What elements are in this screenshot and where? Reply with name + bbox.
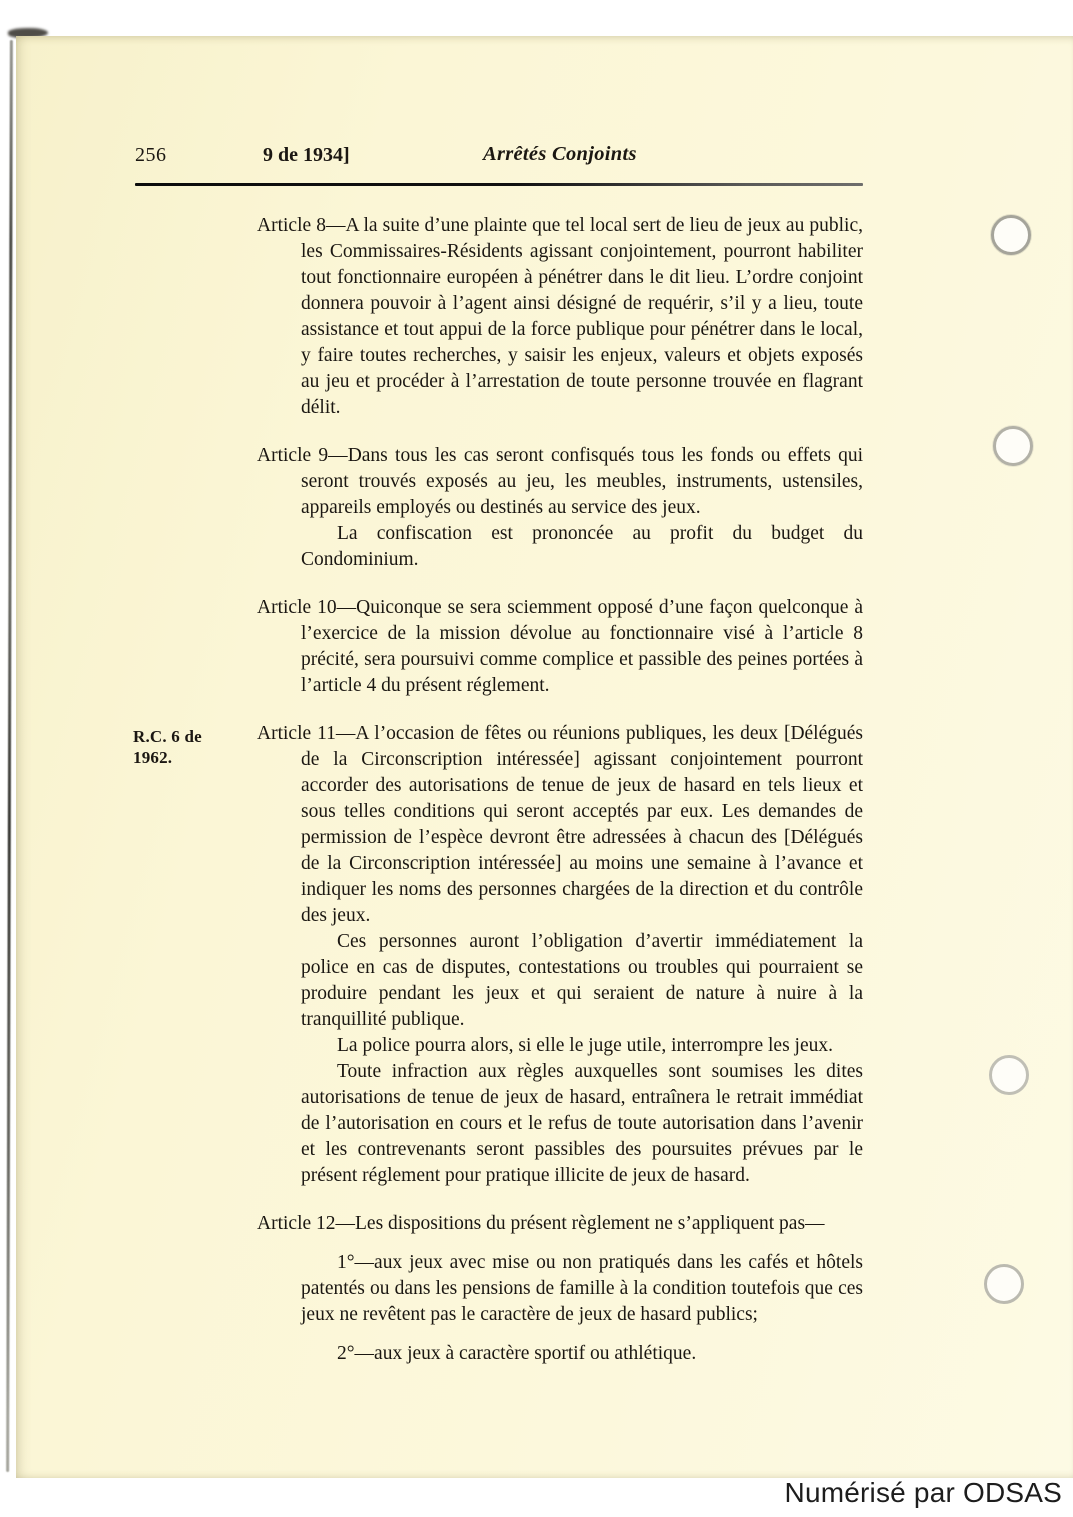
document-page: 256 9 de 1934] Arrêtés Conjoints R.C. 6 … <box>16 36 1073 1478</box>
article-subparagraph: Ces personnes auront l’obligation d’aver… <box>301 929 863 1033</box>
article-paragraph: Article 8—A la suite d’une plainte que t… <box>257 213 863 421</box>
article-label: Article 10— <box>257 597 356 618</box>
article-subparagraph: La confiscation est prononcée au profit … <box>301 521 863 573</box>
article-paragraph: Article 9—Dans tous les cas seront confi… <box>257 443 863 521</box>
article-paragraph: Article 12—Les dispositions du présent r… <box>257 1211 863 1237</box>
margin-note-line2: 1962. <box>133 747 233 768</box>
article-subparagraph: Toute infraction aux règles auxquelles s… <box>301 1059 863 1189</box>
margin-note-line1: R.C. 6 de <box>133 726 233 747</box>
article-text: Quiconque se sera sciemment opposé d’une… <box>301 597 863 696</box>
page-title: Arrêtés Conjoints <box>483 143 637 166</box>
page-number: 256 <box>135 144 167 167</box>
article-paragraph: Article 11—A l’occasion de fêtes ou réun… <box>257 721 863 929</box>
article-11: Article 11—A l’occasion de fêtes ou réun… <box>257 721 863 1189</box>
article-text: Les dispositions du présent règlement ne… <box>355 1213 825 1234</box>
margin-note: R.C. 6 de 1962. <box>133 726 233 768</box>
document-body: Article 8—A la suite d’une plainte que t… <box>257 213 863 1389</box>
article-12: Article 12—Les dispositions du présent r… <box>257 1211 863 1367</box>
article-list-item: 1°—aux jeux avec mise ou non pratiqués d… <box>301 1250 863 1328</box>
article-9: Article 9—Dans tous les cas seront confi… <box>257 443 863 573</box>
punch-hole <box>993 426 1033 466</box>
article-10: Article 10—Quiconque se sera sciemment o… <box>257 595 863 699</box>
article-label: Article 11— <box>257 723 355 744</box>
article-label: Article 9— <box>257 445 348 466</box>
article-text: A l’occasion de fêtes ou réunions publiq… <box>301 723 863 926</box>
article-label: Article 8— <box>257 215 345 236</box>
document-reference: 9 de 1934] <box>263 144 350 167</box>
article-text: Dans tous les cas seront confisqués tous… <box>301 445 863 518</box>
article-label: Article 12— <box>257 1213 355 1234</box>
scan-credit: Numérisé par ODSAS <box>785 1477 1062 1509</box>
header-rule <box>135 183 863 186</box>
article-8: Article 8—A la suite d’une plainte que t… <box>257 213 863 421</box>
punch-hole <box>989 1055 1029 1095</box>
article-text: A la suite d’une plainte que tel local s… <box>301 215 863 418</box>
article-subparagraph: La police pourra alors, si elle le juge … <box>301 1033 863 1059</box>
page-left-edge-shadow <box>6 40 13 1472</box>
scanned-page-canvas: 256 9 de 1934] Arrêtés Conjoints R.C. 6 … <box>0 0 1073 1517</box>
punch-hole <box>984 1264 1024 1304</box>
article-list-item: 2°—aux jeux à caractère sportif ou athlé… <box>301 1341 863 1367</box>
article-paragraph: Article 10—Quiconque se sera sciemment o… <box>257 595 863 699</box>
punch-hole <box>991 215 1031 255</box>
